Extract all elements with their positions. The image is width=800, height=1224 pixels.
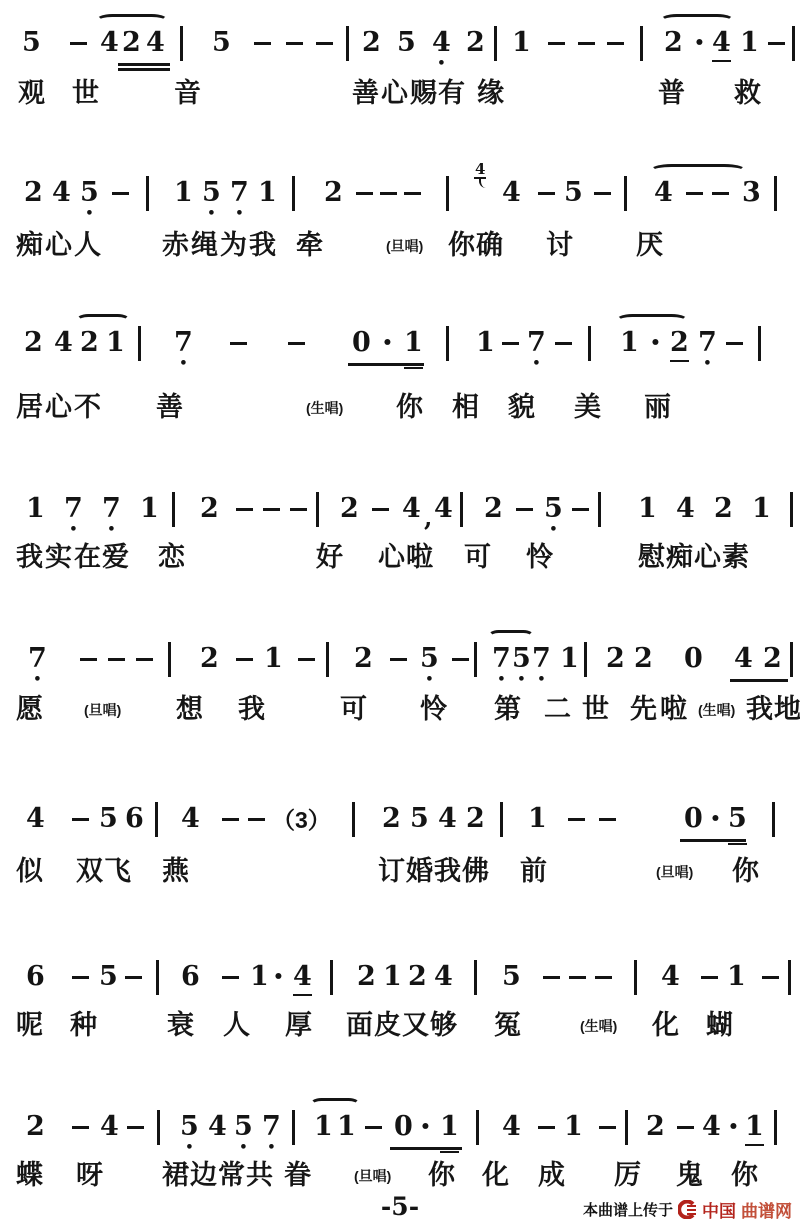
note-token: 4	[712, 28, 731, 62]
note-token: 1	[620, 328, 639, 358]
note-token: 2	[670, 328, 689, 362]
lyric-char: 燕	[162, 854, 189, 888]
note-token: 1	[337, 1112, 356, 1142]
lyric-char: 爱	[102, 540, 129, 574]
note-token: 4	[26, 804, 45, 834]
augmentation-dot: •	[420, 1119, 431, 1136]
barline	[446, 326, 449, 361]
lyric-char: 我	[746, 692, 773, 726]
barline	[460, 492, 463, 527]
low-octave-dot: •	[207, 210, 215, 218]
lyric-char: 丽	[644, 390, 671, 424]
note-token: 7•	[492, 644, 511, 674]
note-token: 5	[212, 28, 231, 58]
note-token: 2	[714, 494, 733, 524]
brand-text-cn: 中国	[702, 1197, 736, 1222]
note-token: 2	[324, 178, 343, 208]
duration-dash	[288, 342, 305, 345]
lyric-char: 订	[378, 854, 405, 888]
duration-dash	[127, 1126, 144, 1129]
note-token: 2	[200, 644, 219, 674]
duration-dash	[543, 976, 560, 979]
low-octave-dot: •	[425, 676, 433, 684]
note-token: 1	[174, 178, 193, 208]
barline	[774, 176, 777, 211]
note-token: 4	[100, 28, 119, 58]
barline	[180, 26, 183, 61]
duration-dash	[572, 508, 589, 511]
beam-underline	[118, 68, 170, 71]
lyric-char: 赤	[162, 228, 189, 262]
note-token: 1	[560, 644, 579, 674]
lyric-char: 你	[428, 1158, 455, 1192]
barline	[352, 802, 355, 837]
lyric-role-marker: (生唱)	[698, 701, 735, 719]
barline	[598, 492, 601, 527]
augmentation-dot: •	[710, 811, 721, 828]
slur-arc	[310, 1098, 360, 1111]
note-token: 6	[26, 962, 45, 992]
note-token: 1	[512, 28, 531, 58]
note-token: 4	[52, 178, 71, 208]
note-token: 1	[258, 178, 277, 208]
low-octave-dot: •	[517, 676, 525, 684]
note-token: 0	[684, 804, 703, 834]
lyric-char: 心	[45, 390, 72, 424]
note-token: 5	[22, 28, 41, 58]
note-token: 7•	[28, 644, 47, 674]
lyric-role-marker: (生唱)	[306, 399, 343, 417]
breath-comma: ,	[424, 507, 432, 529]
note-token: 6	[125, 804, 144, 834]
duration-dash	[538, 192, 555, 195]
barline	[640, 26, 643, 61]
barline	[790, 642, 793, 677]
note-token: 4	[661, 962, 680, 992]
note-token: 0	[684, 644, 703, 674]
slur-arc	[660, 14, 734, 27]
note-token: 0	[352, 328, 371, 358]
note-token: 2	[382, 804, 401, 834]
duration-dash	[80, 658, 97, 661]
note-token: 4	[438, 804, 457, 834]
lyric-char: 心	[381, 76, 408, 110]
note-token: 4	[434, 962, 453, 992]
duration-dash	[72, 1126, 89, 1129]
lyric-char: 你	[448, 228, 475, 262]
note-token: 2	[340, 494, 359, 524]
lyric-char: 我	[249, 228, 276, 262]
low-octave-dot: •	[703, 360, 711, 368]
lyric-char: 够	[430, 1008, 457, 1042]
note-token: 1	[106, 328, 125, 358]
note-token: 1	[140, 494, 159, 524]
barline	[474, 960, 477, 995]
note-token: 4	[502, 1112, 521, 1142]
note-token: 4	[434, 494, 453, 524]
note-token: 1	[26, 494, 45, 524]
lyric-char: 鬼	[676, 1158, 703, 1192]
lyric-char: 貌	[508, 390, 535, 424]
barline	[625, 1110, 628, 1145]
lyric-role-marker: (旦唱)	[386, 237, 423, 255]
barline	[476, 1110, 479, 1145]
lyric-char: 美	[574, 390, 601, 424]
note-token: 7•	[64, 494, 83, 524]
barline	[330, 960, 333, 995]
lyric-char: 婚	[406, 854, 433, 888]
duration-dash	[72, 976, 89, 979]
duration-dash	[316, 42, 333, 45]
duration-dash	[125, 976, 142, 979]
lyric-char: 二	[544, 692, 571, 726]
duration-dash	[578, 42, 595, 45]
lyric-char: 有	[438, 76, 465, 110]
low-octave-dot: •	[107, 526, 115, 534]
lyric-char: 善	[156, 390, 183, 424]
lyric-char: 居	[16, 390, 43, 424]
duration-dash	[72, 818, 89, 821]
slur-arc	[650, 164, 746, 177]
barline	[292, 176, 295, 211]
lyric-char: 我	[238, 692, 265, 726]
lyric-char: 种	[70, 1008, 97, 1042]
note-token: 1	[745, 1112, 764, 1146]
note-token: 2	[606, 644, 625, 674]
score-page: 54245254•212•41观世音善心赐有缘普救245•15•7•124454…	[0, 0, 800, 1224]
duration-dash	[595, 976, 612, 979]
lyric-char: 啦	[660, 692, 687, 726]
lyric-char: 怜	[526, 540, 553, 574]
lyric-char: 又	[402, 1008, 429, 1042]
duration-dash	[569, 976, 586, 979]
note-token: 4	[54, 328, 73, 358]
note-token: 2	[484, 494, 503, 524]
lyric-role-marker: (旦唱)	[354, 1167, 391, 1185]
lyric-char: 素	[722, 540, 749, 574]
lyric-char: 化	[482, 1158, 509, 1192]
note-token: 7•	[532, 644, 551, 674]
note-token: 2	[122, 28, 141, 58]
lyric-char: 为	[220, 228, 247, 262]
duration-dash	[599, 818, 616, 821]
lyric-char: 你	[396, 390, 423, 424]
lyric-char: 化	[652, 1008, 679, 1042]
low-octave-dot: •	[549, 526, 557, 534]
note-token: 5•	[512, 644, 531, 674]
note-token: 2	[466, 28, 485, 58]
lyric-char: 心	[694, 540, 721, 574]
duration-dash	[70, 42, 87, 45]
lyric-char: 飞	[104, 854, 131, 888]
lyric-char: 善	[352, 76, 379, 110]
duration-dash	[686, 192, 703, 195]
upload-note: 本曲谱上传于	[583, 1199, 673, 1220]
low-octave-dot: •	[185, 1144, 193, 1152]
beam-underline	[680, 839, 746, 842]
lyric-char: 可	[340, 692, 367, 726]
duration-dash	[404, 192, 421, 195]
duration-dash	[254, 42, 271, 45]
slur-arc	[488, 630, 534, 643]
note-token: 5•	[420, 644, 439, 674]
lyric-char: 皮	[374, 1008, 401, 1042]
lyric-char: 相	[452, 390, 479, 424]
note-token: 5•	[202, 178, 221, 208]
note-token: 0	[394, 1112, 413, 1142]
barline	[494, 26, 497, 61]
barline	[172, 492, 175, 527]
barline	[474, 642, 477, 677]
note-token: 5	[99, 804, 118, 834]
note-token: 2	[354, 644, 373, 674]
barline	[500, 802, 503, 837]
duration-dash	[356, 192, 373, 195]
barline	[790, 492, 793, 527]
barline	[624, 176, 627, 211]
lyric-char: 成	[538, 1158, 565, 1192]
low-octave-dot: •	[85, 210, 93, 218]
lyric-char: 边	[190, 1158, 217, 1192]
lyric-char: 双	[76, 854, 103, 888]
lyric-char: 人	[223, 1008, 250, 1042]
lyric-char: 不	[74, 390, 101, 424]
note-token: 1	[314, 1112, 333, 1142]
duration-dash	[108, 658, 125, 661]
note-token: 2	[763, 644, 782, 674]
lyric-char: 呀	[76, 1158, 103, 1192]
barline	[584, 642, 587, 677]
barline	[634, 960, 637, 995]
note-token: 5	[410, 804, 429, 834]
note-token: 4•	[432, 28, 451, 58]
barline	[772, 802, 775, 837]
note-token: 5	[502, 962, 521, 992]
lyric-char: 恋	[158, 540, 185, 574]
barline	[157, 1110, 160, 1145]
note-token: 7•	[102, 494, 121, 524]
note-token: 2	[634, 644, 653, 674]
lyric-char: 面	[346, 1008, 373, 1042]
lyric-char: 你	[732, 854, 759, 888]
lyric-char: 裙	[162, 1158, 189, 1192]
beam-underline	[390, 1147, 462, 1150]
lyric-char: 缘	[477, 76, 504, 110]
lyric-char: 眷	[284, 1158, 311, 1192]
lyric-char: 衰	[167, 1008, 194, 1042]
lyric-char: 第	[494, 692, 521, 726]
note-token: 7•	[230, 178, 249, 208]
lyric-char: 先	[630, 692, 657, 726]
lyric-char: 好	[316, 540, 343, 574]
lyric-char: 似	[16, 854, 43, 888]
barline	[788, 960, 791, 995]
lyric-char: 普	[658, 76, 685, 110]
note-token: 6	[181, 962, 200, 992]
augmentation-dot: •	[650, 335, 661, 352]
lyric-char: 地	[774, 692, 800, 726]
lyric-char: 想	[176, 692, 203, 726]
note-token: 5•	[80, 178, 99, 208]
note-token: 4	[181, 804, 200, 834]
note-token: 2	[26, 1112, 45, 1142]
note-token: 1	[752, 494, 771, 524]
duration-dash	[701, 976, 718, 979]
note-token: 4	[734, 644, 753, 674]
duration-dash	[136, 658, 153, 661]
note-token: 2	[466, 804, 485, 834]
lyric-char: 实	[45, 540, 72, 574]
duration-dash	[290, 508, 307, 511]
lyric-char: 痴	[16, 228, 43, 262]
duration-dash	[298, 658, 315, 661]
lyric-char: 愿	[16, 692, 43, 726]
lyric-char: 怜	[420, 692, 447, 726]
barline	[446, 176, 449, 211]
duration-dash	[768, 42, 785, 45]
lyric-char: 观	[18, 76, 45, 110]
lyric-char: 佛	[462, 854, 489, 888]
beam-underline	[118, 63, 170, 66]
low-octave-dot: •	[537, 676, 545, 684]
augmentation-dot: •	[694, 35, 705, 52]
low-octave-dot: •	[69, 526, 77, 534]
low-octave-dot: •	[179, 360, 187, 368]
duration-dash	[548, 42, 565, 45]
note-token: 1	[264, 644, 283, 674]
note-token: 1	[727, 962, 746, 992]
duration-dash	[502, 342, 519, 345]
augmentation-dot: •	[382, 335, 393, 352]
grace-note: 4	[474, 159, 487, 188]
barline	[588, 326, 591, 361]
barline	[292, 1110, 295, 1145]
duration-dash	[607, 42, 624, 45]
duration-dash	[222, 976, 239, 979]
note-token: 2	[408, 962, 427, 992]
footer-credit: 本曲谱上传于 中国曲谱网	[583, 1197, 792, 1222]
duration-dash	[538, 1126, 555, 1129]
note-token: 4	[146, 28, 165, 58]
duration-dash	[555, 342, 572, 345]
lyric-char: 心	[45, 228, 72, 262]
slur-arc	[616, 314, 688, 327]
note-token: 3	[742, 178, 761, 208]
note-token: 1	[528, 804, 547, 834]
lyric-char: 讨	[546, 228, 573, 262]
barline	[346, 26, 349, 61]
lyric-char: 慰	[638, 540, 665, 574]
duration-dash	[248, 818, 265, 821]
duration-dash	[286, 42, 303, 45]
lyric-char: 厌	[636, 228, 663, 262]
augmentation-dot: •	[273, 969, 284, 986]
note-token: 2	[24, 328, 43, 358]
barline	[168, 642, 171, 677]
note-token: 5	[564, 178, 583, 208]
note-token: 1	[638, 494, 657, 524]
barline	[326, 642, 329, 677]
lyric-role-marker: (旦唱)	[84, 701, 121, 719]
note-token: 4	[702, 1112, 721, 1142]
barline	[138, 326, 141, 361]
lyric-char: 蝴	[706, 1008, 733, 1042]
lyric-char: 前	[520, 854, 547, 888]
lyric-char: 痴	[666, 540, 693, 574]
note-token: 2	[664, 28, 683, 58]
duration-dash	[380, 192, 397, 195]
low-octave-dot: •	[239, 1144, 247, 1152]
grace-note-hook	[479, 179, 487, 188]
grace-note-digit: 4	[474, 161, 486, 179]
lyric-char: 常	[218, 1158, 245, 1192]
note-token: 4	[208, 1112, 227, 1142]
duration-dash	[599, 1126, 616, 1129]
lyric-char: 确	[476, 228, 503, 262]
lyric-char: 人	[74, 228, 101, 262]
lyric-char: 蝶	[16, 1158, 43, 1192]
slur-arc	[96, 14, 168, 27]
note-token: 1	[383, 962, 402, 992]
note-token: 7•	[262, 1112, 281, 1142]
note-token: 1	[564, 1112, 583, 1142]
note-token: 4	[676, 494, 695, 524]
note-token: 4	[293, 962, 312, 996]
note-token: 7•	[174, 328, 193, 358]
duration-dash	[236, 658, 253, 661]
note-token: 4	[654, 178, 673, 208]
beam-underline	[730, 679, 788, 682]
note-token: 4	[402, 494, 421, 524]
low-octave-dot: •	[235, 210, 243, 218]
barline	[316, 492, 319, 527]
note-token: 7•	[527, 328, 546, 358]
duration-dash	[516, 508, 533, 511]
barline	[792, 26, 795, 61]
duration-dash	[712, 192, 729, 195]
note-token: 2	[200, 494, 219, 524]
lyric-char: 共	[246, 1158, 273, 1192]
lyric-char: 我	[434, 854, 461, 888]
lyric-char: 呢	[16, 1008, 43, 1042]
duration-dash	[236, 508, 253, 511]
lyric-char: 冤	[494, 1008, 521, 1042]
note-token: 2	[80, 328, 99, 358]
note-token: 5	[99, 962, 118, 992]
note-token: 1	[476, 328, 495, 358]
note-token: 5•	[234, 1112, 253, 1142]
note-token: 4	[502, 178, 521, 208]
brand-text-site: 曲谱网	[741, 1197, 792, 1222]
lyric-char: 救	[734, 76, 761, 110]
slur-arc	[76, 314, 130, 327]
lyric-char: 在	[74, 540, 101, 574]
note-token: 5	[397, 28, 416, 58]
parenthesized-note: （3）	[272, 805, 331, 835]
duration-dash	[726, 342, 743, 345]
duration-dash	[365, 1126, 382, 1129]
note-token: 2	[24, 178, 43, 208]
lyric-char: 绳	[191, 228, 218, 262]
note-token: 2	[362, 28, 381, 58]
duration-dash	[762, 976, 779, 979]
note-token: 4	[100, 1112, 119, 1142]
note-token: 7•	[698, 328, 717, 358]
duration-dash	[230, 342, 247, 345]
note-token: 1	[740, 28, 759, 58]
lyric-char: 可	[464, 540, 491, 574]
duration-dash	[390, 658, 407, 661]
